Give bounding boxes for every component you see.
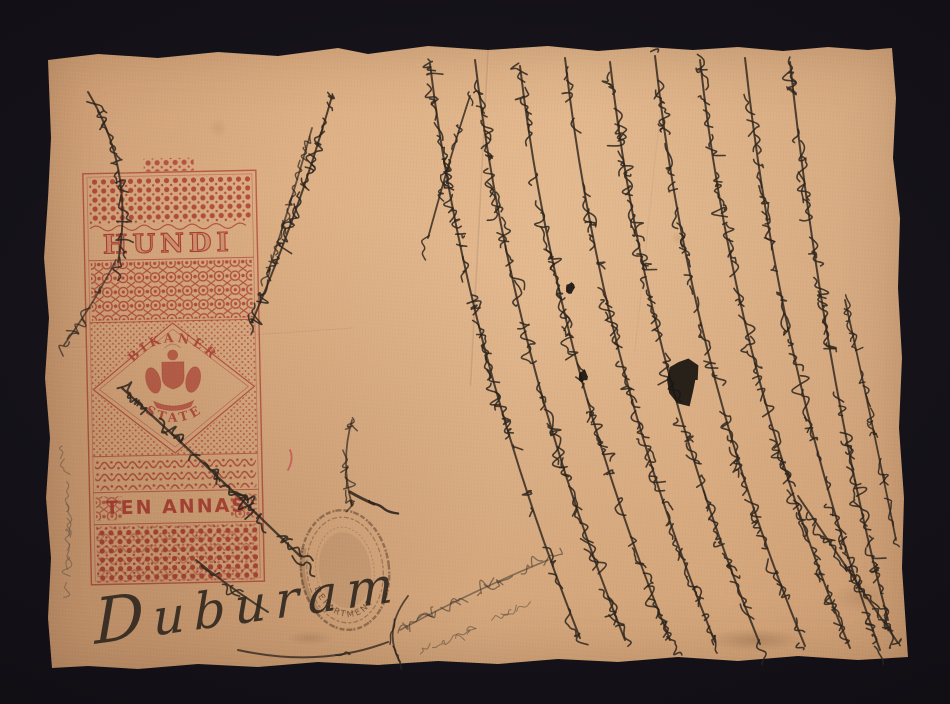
stamp-denomination: TEN ANNAS bbox=[105, 494, 247, 519]
stamp-scroll-band bbox=[95, 455, 257, 490]
stamp-top-crest bbox=[144, 158, 194, 172]
photo-backdrop: HUNDI BIKANER STATE bbox=[0, 0, 950, 704]
stamp-ornate-band bbox=[89, 175, 251, 224]
stamp-state-word: STATE bbox=[143, 401, 206, 425]
paper-crease bbox=[469, 46, 490, 386]
document-paper: HUNDI BIKANER STATE bbox=[38, 38, 916, 672]
paper-crease bbox=[634, 94, 663, 353]
revenue-stamp: HUNDI BIKANER STATE bbox=[81, 156, 267, 587]
stamp-header-text: HUNDI bbox=[103, 228, 234, 261]
stamp-coat-of-arms bbox=[142, 343, 203, 411]
stamp-lace-band bbox=[91, 259, 253, 320]
